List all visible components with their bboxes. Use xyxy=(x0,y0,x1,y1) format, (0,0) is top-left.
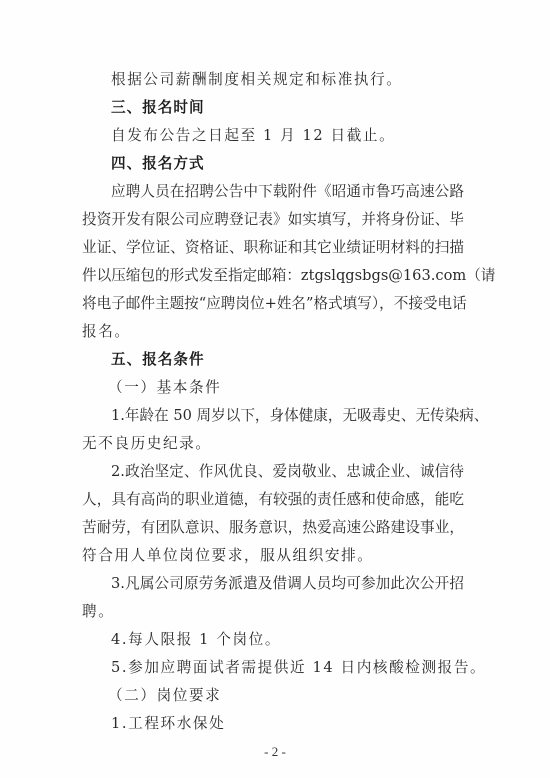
paragraph-salary-line: 根据公司薪酬制度相关规定和标准执行。 xyxy=(111,70,464,90)
subsection-basic-conditions: （一）基本条件 xyxy=(108,378,490,398)
condition-2-line-4: 符合用人单位岗位要求，服从组织安排。 xyxy=(82,546,464,566)
condition-2-line-2: 人，具有高尚的职业道德，有较强的责任感和使命感，能吃 xyxy=(82,490,464,510)
condition-2-line-1: 2.政治坚定、作风优良、爱岗敬业、忠诚企业、诚信待 xyxy=(111,462,464,482)
condition-5: 5.参加应聘面试者需提供近 14 日内核酸检测报告。 xyxy=(111,658,464,678)
paragraph-method-line-5: 将电子邮件主题按“应聘岗位+姓名”格式填写），不接受电话 xyxy=(82,294,464,314)
condition-3-line-2: 聘。 xyxy=(82,602,464,622)
document-page: 根据公司薪酬制度相关规定和标准执行。 三、报名时间 自发布公告之日起至 1 月 … xyxy=(0,0,550,778)
section-heading-registration-time: 三、报名时间 xyxy=(111,98,464,118)
condition-4: 4.每人限报 1 个岗位。 xyxy=(111,630,464,650)
page-number: - 2 - xyxy=(0,744,550,760)
condition-1-line-1: 1.年龄在 50 周岁以下，身体健康，无吸毒史、无传染病、 xyxy=(111,406,464,426)
paragraph-method-line-4-email: 件以压缩包的形式发至指定邮箱：ztgslqgsbgs@163.com（请 xyxy=(82,266,464,286)
subsection-position-requirements: （二）岗位要求 xyxy=(108,686,490,706)
paragraph-method-line-2: 投资开发有限公司应聘登记表》如实填写，并将身份证、毕 xyxy=(82,210,464,230)
condition-1-line-2: 无不良历史纪录。 xyxy=(82,434,464,454)
paragraph-method-line-1: 应聘人员在招聘公告中下载附件《昭通市鲁巧高速公路 xyxy=(111,182,464,202)
condition-3-line-1: 3.凡属公司原劳务派遣及借调人员均可参加此次公开招 xyxy=(111,574,464,594)
paragraph-method-line-6: 报名。 xyxy=(82,322,464,342)
paragraph-method-line-3: 业证、学位证、资格证、职称证和其它业绩证明材料的扫描 xyxy=(82,238,464,258)
position-1-title: 1.工程环水保处 xyxy=(111,714,464,734)
condition-2-line-3: 苦耐劳，有团队意识、服务意识，热爱高速公路建设事业， xyxy=(82,518,464,538)
section-heading-registration-method: 四、报名方式 xyxy=(111,154,464,174)
section-heading-registration-conditions: 五、报名条件 xyxy=(111,350,464,370)
paragraph-registration-time: 自发布公告之日起至 1 月 12 日截止。 xyxy=(111,126,464,146)
